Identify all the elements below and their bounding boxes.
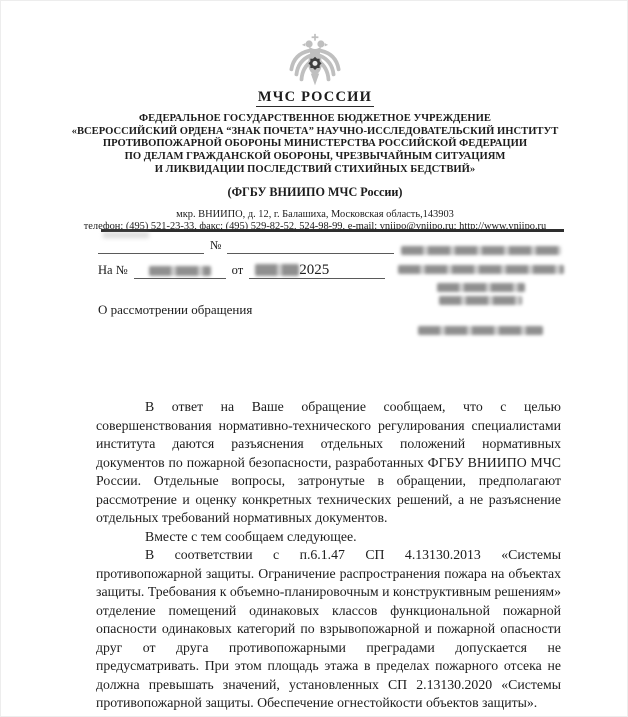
reply-to-label: На № bbox=[98, 263, 134, 279]
letter-subject: О рассмотрении обращения bbox=[98, 302, 394, 318]
redacted-recipient-line bbox=[398, 265, 564, 274]
body-paragraph: В ответ на Ваше обращение сообщаем, что … bbox=[96, 398, 561, 528]
body-paragraph: Вместе с тем сообщаем следующее. bbox=[96, 528, 561, 547]
org-name-line: И ЛИКВИДАЦИИ ПОСЛЕДСТВИЙ СТИХИЙНЫХ БЕДСТ… bbox=[33, 164, 597, 177]
incoming-date-year: 2025 bbox=[299, 263, 329, 278]
redacted-incoming-number bbox=[149, 266, 211, 276]
scanned-letter-page: МЧС РОССИИ ФЕДЕРАЛЬНОЕ ГОСУДАРСТВЕННОЕ Б… bbox=[0, 0, 628, 717]
outgoing-number-line: № bbox=[98, 238, 394, 254]
outgoing-number-blank bbox=[227, 239, 394, 254]
from-label: от bbox=[226, 263, 250, 279]
recipient-block-redacted bbox=[394, 238, 567, 335]
org-title: МЧС РОССИИ bbox=[33, 89, 597, 106]
letterhead: МЧС РОССИИ ФЕДЕРАЛЬНОЕ ГОСУДАРСТВЕННОЕ Б… bbox=[33, 1, 597, 233]
org-name-line: ФЕДЕРАЛЬНОЕ ГОСУДАРСТВЕННОЕ БЮДЖЕТНОЕ УЧ… bbox=[33, 113, 597, 126]
redacted-outgoing-date bbox=[103, 232, 149, 238]
letter-body: В ответ на Ваше обращение сообщаем, что … bbox=[96, 398, 561, 713]
org-name-line: ПРОТИВОПОЖАРНОЙ ОБОРОНЫ МИНИСТЕРСТВА РОС… bbox=[33, 138, 597, 151]
org-name-line: «ВСЕРОССИЙСКИЙ ОРДЕНА “ЗНАК ПОЧЕТА” НАУЧ… bbox=[33, 126, 597, 139]
incoming-number-line: На № от 2025 bbox=[98, 263, 394, 279]
redacted-recipient-line bbox=[439, 296, 522, 305]
org-address: мкр. ВНИИПО, д. 12, г. Балашиха, Московс… bbox=[33, 209, 597, 221]
redacted-recipient-line bbox=[437, 283, 525, 292]
redacted-recipient-line bbox=[401, 246, 561, 255]
redacted-incoming-date bbox=[255, 264, 299, 276]
incoming-date-blank: 2025 bbox=[249, 264, 385, 279]
org-full-name: ФЕДЕРАЛЬНОЕ ГОСУДАРСТВЕННОЕ БЮДЖЕТНОЕ УЧ… bbox=[33, 113, 597, 177]
mchs-double-headed-eagle-emblem bbox=[288, 33, 342, 87]
outgoing-date-blank bbox=[98, 239, 204, 254]
body-paragraph: В соответствии с п.6.1.47 СП 4.13130.201… bbox=[96, 546, 561, 713]
reference-fields: № На № от 2025 О рассмотрении обращения bbox=[98, 238, 394, 335]
reference-row: № На № от 2025 О рассмотрении обращения bbox=[98, 238, 567, 335]
redacted-recipient-email-line bbox=[418, 326, 543, 335]
org-name-line: ПО ДЕЛАМ ГРАЖДАНСКОЙ ОБОРОНЫ, ЧРЕЗВЫЧАЙН… bbox=[33, 151, 597, 164]
letterhead-divider bbox=[101, 229, 564, 232]
incoming-number-blank bbox=[134, 264, 226, 279]
org-short-name: (ФГБУ ВНИИПО МЧС России) bbox=[33, 185, 597, 200]
number-sign-label: № bbox=[204, 238, 227, 254]
